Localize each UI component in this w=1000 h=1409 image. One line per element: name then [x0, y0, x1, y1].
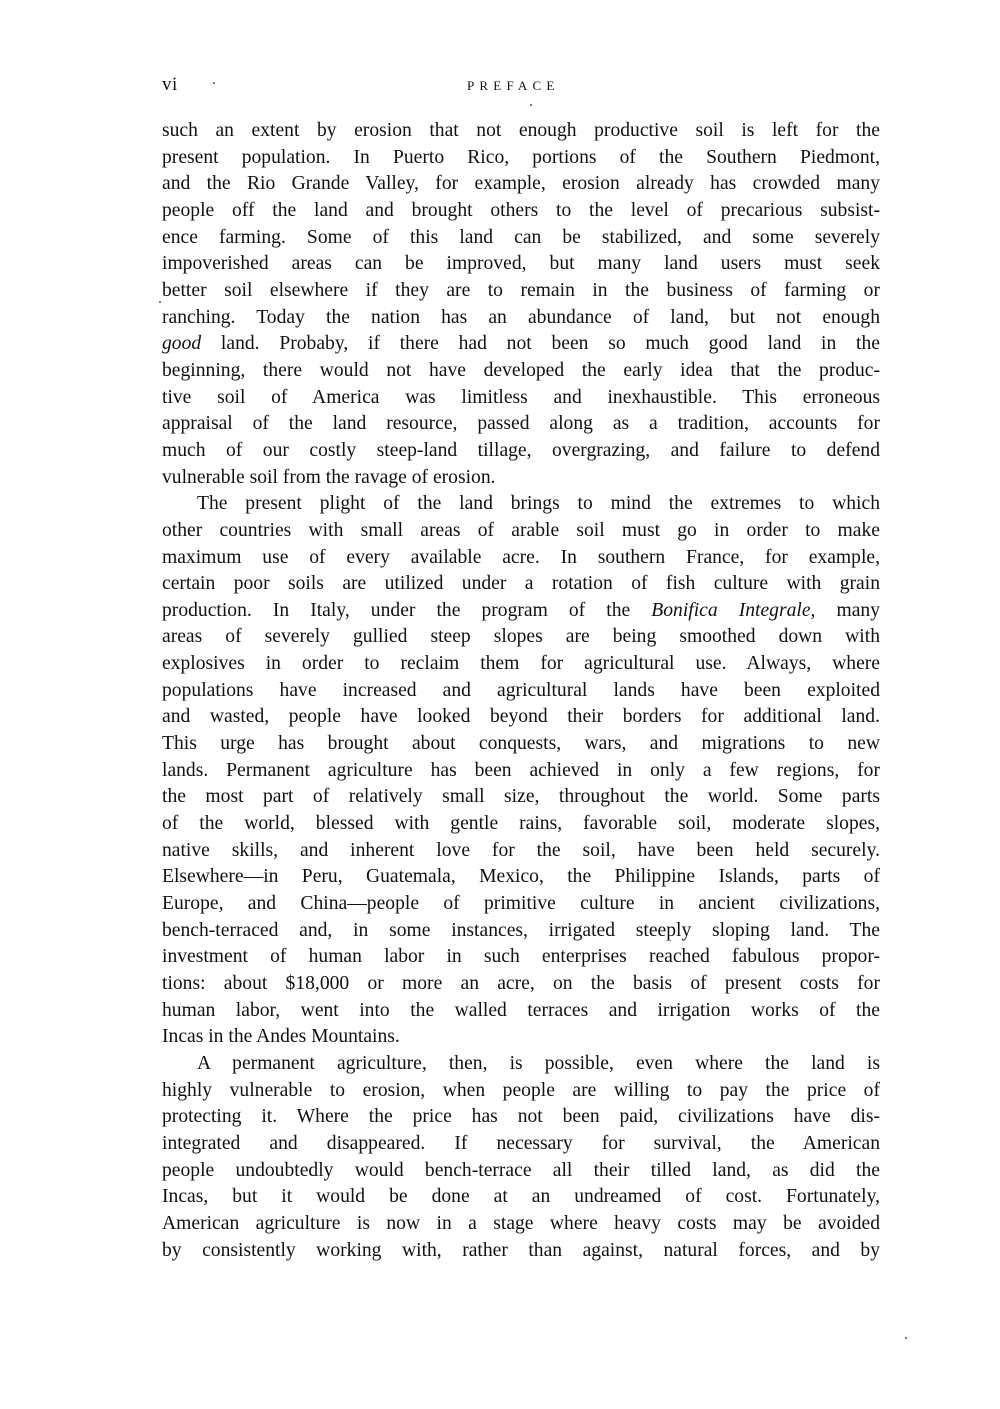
text-segment: better soil elsewhere if they are to rem…	[162, 280, 880, 301]
text-segment: investment of human labor in such enterp…	[162, 946, 880, 967]
text-segment: Incas, but it would be done at an undrea…	[162, 1186, 880, 1207]
text-segment: and wasted, people have looked beyond th…	[162, 706, 880, 727]
text-line: better soil elsewhere if they are to rem…	[162, 278, 880, 305]
text-line: and wasted, people have looked beyond th…	[162, 704, 880, 731]
running-header: vi PREFACE	[162, 74, 880, 96]
text-line: Europe, and China—people of primitive cu…	[162, 891, 880, 918]
text-line: native skills, and inherent love for the…	[162, 838, 880, 865]
text-segment: other countries with small areas of arab…	[162, 520, 880, 541]
text-segment: integrated and disappeared. If necessary…	[162, 1133, 880, 1154]
text-line: Elsewhere—in Peru, Guatemala, Mexico, th…	[162, 864, 880, 891]
paragraph: such an extent by erosion that not enoug…	[162, 118, 880, 491]
text-segment: and the Rio Grande Valley, for example, …	[162, 173, 880, 194]
italic-text: good	[162, 333, 201, 354]
text-line: bench-terraced and, in some instances, i…	[162, 918, 880, 945]
text-line: impoverished areas can be improved, but …	[162, 251, 880, 278]
text-line: much of our costly steep-land tillage, o…	[162, 438, 880, 465]
scan-speck	[159, 301, 161, 303]
text-segment: , many	[811, 600, 880, 621]
text-segment: people undoubtedly would bench-terrace a…	[162, 1160, 880, 1181]
text-line: good land. Probaby, if there had not bee…	[162, 331, 880, 358]
text-line: maximum use of every available acre. In …	[162, 545, 880, 572]
paragraph: A permanent agriculture, then, is possib…	[162, 1051, 880, 1264]
text-line: people undoubtedly would bench-terrace a…	[162, 1158, 880, 1185]
running-title: PREFACE	[467, 76, 560, 96]
text-line: ence farming. Some of this land can be s…	[162, 225, 880, 252]
italic-text: Bonifica Integrale	[651, 600, 810, 621]
text-segment: explosives in order to reclaim them for …	[162, 653, 880, 674]
text-segment: by consistently working with, rather tha…	[162, 1240, 880, 1261]
text-line: appraisal of the land resource, passed a…	[162, 411, 880, 438]
text-line: The present plight of the land brings to…	[162, 491, 880, 518]
text-line: other countries with small areas of arab…	[162, 518, 880, 545]
text-line: and the Rio Grande Valley, for example, …	[162, 171, 880, 198]
text-segment: much of our costly steep-land tillage, o…	[162, 440, 880, 461]
text-segment: certain poor soils are utilized under a …	[162, 573, 880, 594]
text-segment: The present plight of the land brings to…	[197, 493, 880, 514]
text-segment: appraisal of the land resource, passed a…	[162, 413, 880, 434]
text-segment: highly vulnerable to erosion, when peopl…	[162, 1080, 880, 1101]
text-line: investment of human labor in such enterp…	[162, 944, 880, 971]
text-segment: tive soil of America was limitless and i…	[162, 387, 880, 408]
text-segment: the most part of relatively small size, …	[162, 786, 880, 807]
text-segment: of the world, blessed with gentle rains,…	[162, 813, 880, 834]
text-segment: lands. Permanent agriculture has been ac…	[162, 760, 880, 781]
text-line: highly vulnerable to erosion, when peopl…	[162, 1078, 880, 1105]
text-segment: protecting it. Where the price has not b…	[162, 1106, 880, 1127]
text-line: populations have increased and agricultu…	[162, 678, 880, 705]
text-segment: This urge has brought about conquests, w…	[162, 733, 880, 754]
text-line: by consistently working with, rather tha…	[162, 1238, 880, 1265]
text-line: tive soil of America was limitless and i…	[162, 385, 880, 412]
text-line: Incas in the Andes Mountains.	[162, 1024, 880, 1051]
text-line: Incas, but it would be done at an undrea…	[162, 1184, 880, 1211]
text-line: lands. Permanent agriculture has been ac…	[162, 758, 880, 785]
text-segment: areas of severely gullied steep slopes a…	[162, 626, 880, 647]
text-segment: A permanent agriculture, then, is possib…	[197, 1053, 880, 1074]
text-segment: maximum use of every available acre. In …	[162, 547, 880, 568]
text-segment: native skills, and inherent love for the…	[162, 840, 880, 861]
text-line: of the world, blessed with gentle rains,…	[162, 811, 880, 838]
scan-speck	[905, 1337, 907, 1339]
text-line: This urge has brought about conquests, w…	[162, 731, 880, 758]
text-line: tions: about $18,000 or more an acre, on…	[162, 971, 880, 998]
text-segment: such an extent by erosion that not enoug…	[162, 120, 880, 141]
text-segment: American agriculture is now in a stage w…	[162, 1213, 880, 1234]
text-segment: beginning, there would not have develope…	[162, 360, 880, 381]
text-line: A permanent agriculture, then, is possib…	[162, 1051, 880, 1078]
text-line: certain poor soils are utilized under a …	[162, 571, 880, 598]
text-line: production. In Italy, under the program …	[162, 598, 880, 625]
text-segment: tions: about $18,000 or more an acre, on…	[162, 973, 880, 994]
text-segment: impoverished areas can be improved, but …	[162, 253, 880, 274]
text-segment: Elsewhere—in Peru, Guatemala, Mexico, th…	[162, 866, 880, 887]
text-line: beginning, there would not have develope…	[162, 358, 880, 385]
text-line: people off the land and brought others t…	[162, 198, 880, 225]
text-segment: Incas in the Andes Mountains.	[162, 1026, 400, 1047]
scan-speck	[530, 104, 532, 106]
text-line: explosives in order to reclaim them for …	[162, 651, 880, 678]
text-segment: vulnerable soil from the ravage of erosi…	[162, 467, 496, 488]
text-line: American agriculture is now in a stage w…	[162, 1211, 880, 1238]
document-page: vi PREFACE such an extent by erosion tha…	[0, 0, 1000, 1409]
text-segment: Europe, and China—people of primitive cu…	[162, 893, 880, 914]
text-line: integrated and disappeared. If necessary…	[162, 1131, 880, 1158]
scan-speck	[213, 82, 215, 84]
text-segment: populations have increased and agricultu…	[162, 680, 880, 701]
text-segment: land. Probaby, if there had not been so …	[201, 333, 880, 354]
text-segment: human labor, went into the walled terrac…	[162, 1000, 880, 1021]
text-line: ranching. Today the nation has an abunda…	[162, 305, 880, 332]
text-line: protecting it. Where the price has not b…	[162, 1104, 880, 1131]
text-segment: ence farming. Some of this land can be s…	[162, 227, 880, 248]
text-segment: production. In Italy, under the program …	[162, 600, 651, 621]
text-segment: present population. In Puerto Rico, port…	[162, 147, 880, 168]
text-segment: ranching. Today the nation has an abunda…	[162, 307, 880, 328]
text-line: human labor, went into the walled terrac…	[162, 998, 880, 1025]
text-line: vulnerable soil from the ravage of erosi…	[162, 465, 880, 492]
text-line: the most part of relatively small size, …	[162, 784, 880, 811]
text-line: areas of severely gullied steep slopes a…	[162, 624, 880, 651]
text-segment: people off the land and brought others t…	[162, 200, 880, 221]
paragraph: The present plight of the land brings to…	[162, 491, 880, 1051]
page-number: vi	[162, 74, 178, 96]
text-segment: bench-terraced and, in some instances, i…	[162, 920, 880, 941]
text-line: such an extent by erosion that not enoug…	[162, 118, 880, 145]
text-line: present population. In Puerto Rico, port…	[162, 145, 880, 172]
body-text: such an extent by erosion that not enoug…	[162, 118, 880, 1264]
